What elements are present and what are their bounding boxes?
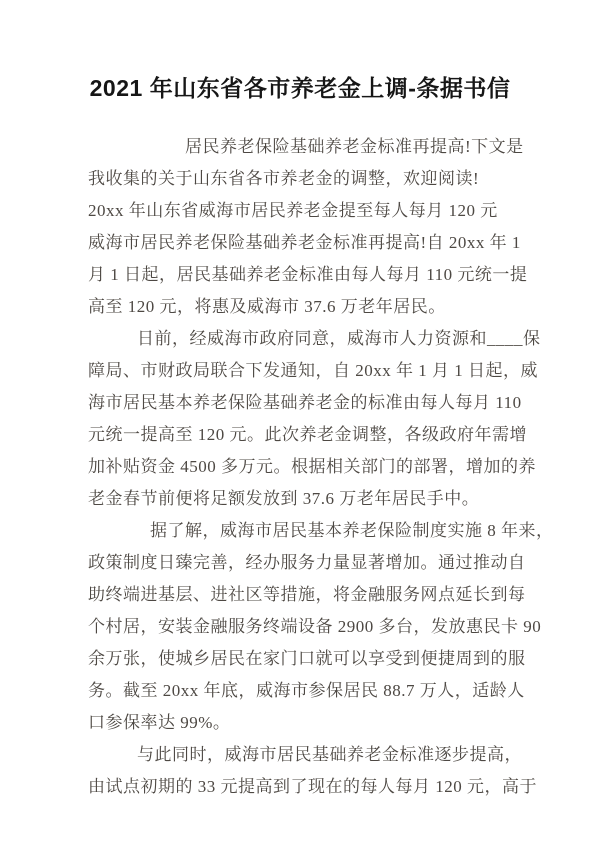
text-line: 余万张，使城乡居民在家门口就可以享受到便捷周到的服 bbox=[88, 643, 512, 675]
text-line: 元统一提高至 120 元。此次养老金调整，各级政府年需增 bbox=[88, 419, 512, 451]
text-line: 政策制度日臻完善，经办服务力量显著增加。通过推动自 bbox=[88, 547, 512, 579]
text-line: 月 1 日起，居民基础养老金标准由每人每月 110 元统一提 bbox=[88, 259, 512, 291]
text-line: 由试点初期的 33 元提高到了现在的每人每月 120 元，高于 bbox=[88, 771, 512, 803]
document-body: 居民养老保险基础养老金标准再提高!下文是 我收集的关于山东省各市养老金的调整，欢… bbox=[88, 131, 512, 803]
text-line: 20xx 年山东省威海市居民养老金提至每人每月 120 元 bbox=[88, 195, 512, 227]
text-line: 日前，经威海市政府同意，威海市人力资源和____保 bbox=[88, 323, 512, 355]
text-line: 口参保率达 99%。 bbox=[88, 707, 512, 739]
text-line: 据了解，威海市居民基本养老保险制度实施 8 年来， bbox=[88, 515, 512, 547]
text-line: 高至 120 元，将惠及威海市 37.6 万老年居民。 bbox=[88, 291, 512, 323]
text-line: 海市居民基本养老保险基础养老金的标准由每人每月 110 bbox=[88, 387, 512, 419]
text-line: 助终端进基层、进社区等措施，将金融服务网点延长到每 bbox=[88, 579, 512, 611]
text-line: 加补贴资金 4500 多万元。根据相关部门的部署，增加的养 bbox=[88, 451, 512, 483]
text-line: 与此同时，威海市居民基础养老金标准逐步提高， bbox=[88, 739, 512, 771]
text-line: 务。截至 20xx 年底，威海市参保居民 88.7 万人，适龄人 bbox=[88, 675, 512, 707]
document-title: 2021 年山东省各市养老金上调-条据书信 bbox=[0, 0, 600, 102]
document-page: 2021 年山东省各市养老金上调-条据书信 居民养老保险基础养老金标准再提高!下… bbox=[0, 0, 600, 849]
text-line: 障局、市财政局联合下发通知，自 20xx 年 1 月 1 日起，威 bbox=[88, 355, 512, 387]
text-line: 威海市居民养老保险基础养老金标准再提高!自 20xx 年 1 bbox=[88, 227, 512, 259]
text-line: 居民养老保险基础养老金标准再提高!下文是 bbox=[88, 131, 512, 163]
text-line: 我收集的关于山东省各市养老金的调整，欢迎阅读! bbox=[88, 163, 512, 195]
text-line: 个村居，安装金融服务终端设备 2900 多台，发放惠民卡 90 bbox=[88, 611, 512, 643]
text-line: 老金春节前便将足额发放到 37.6 万老年居民手中。 bbox=[88, 483, 512, 515]
